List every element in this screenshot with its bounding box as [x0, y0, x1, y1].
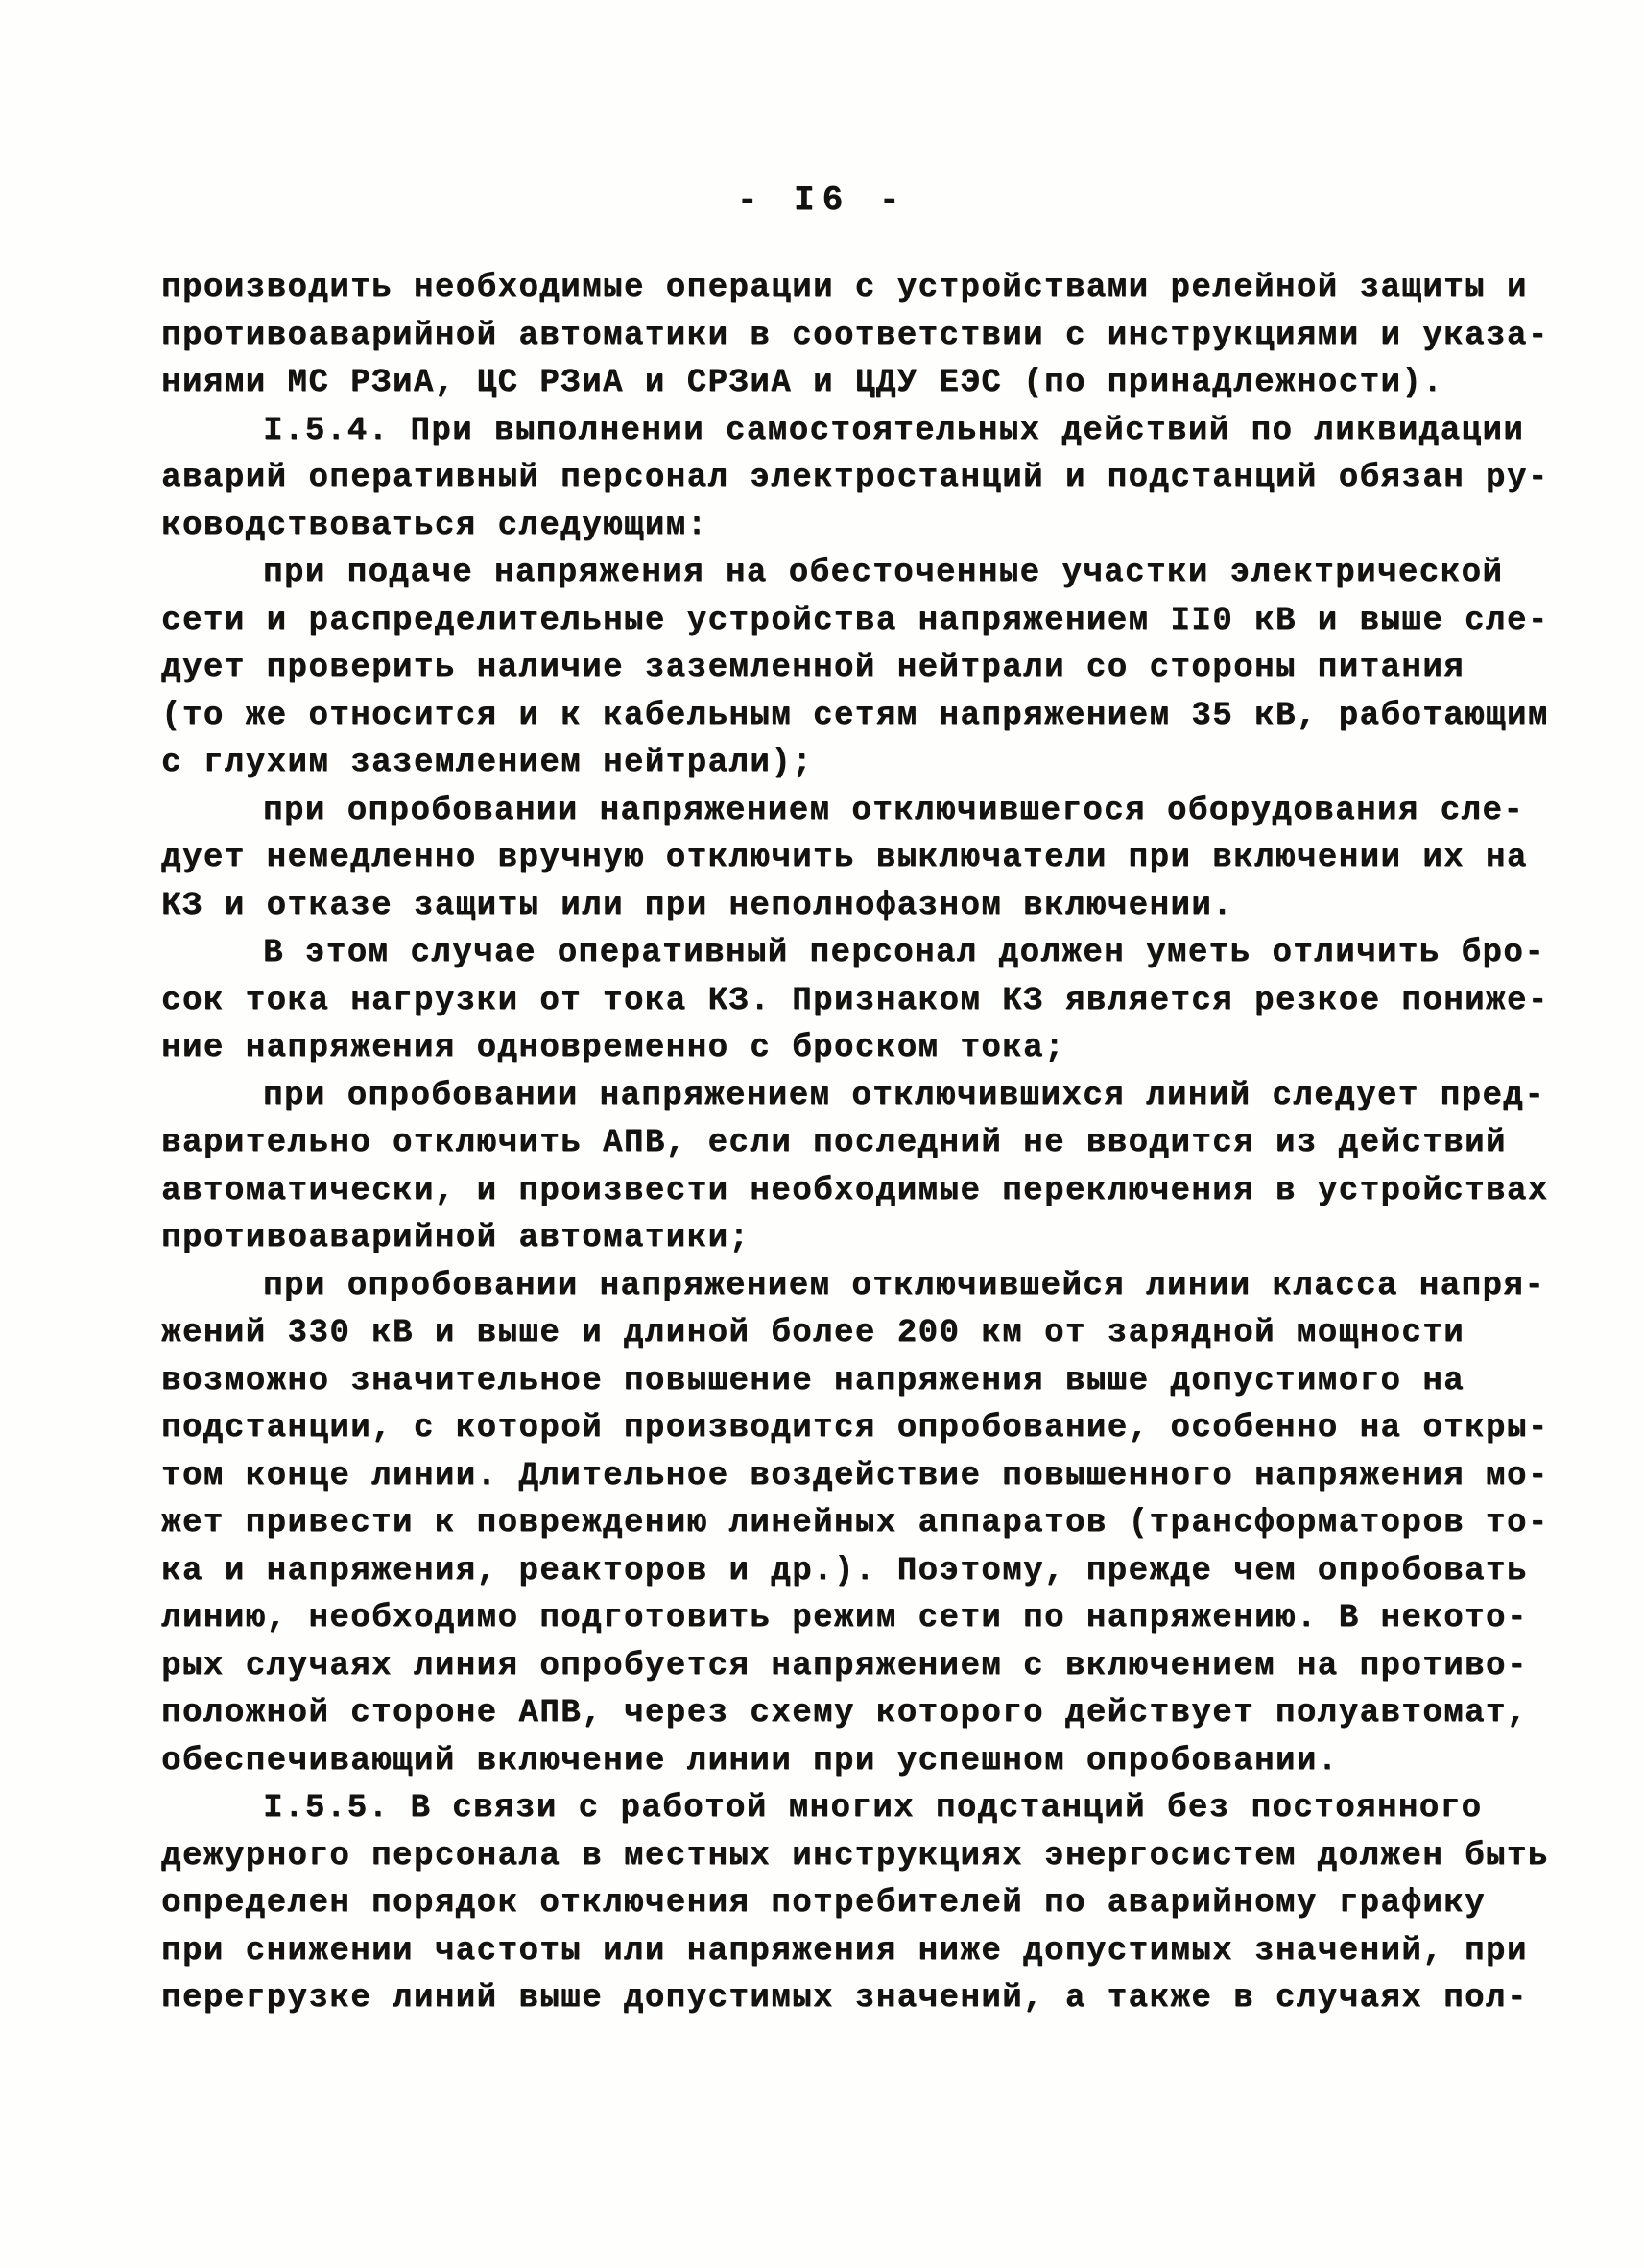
text-line: I.5.4. При выполнении самостоятельных де…	[161, 408, 1582, 456]
text-line: варительно отключить АПВ, если последний…	[161, 1120, 1582, 1168]
text-line: I.5.5. В связи с работой многих подстанц…	[161, 1785, 1582, 1833]
text-line: дует немедленно вручную отключить выключ…	[161, 835, 1582, 883]
text-line: жет привести к повреждению линейных аппа…	[161, 1500, 1582, 1548]
text-line: дует проверить наличие заземленной нейтр…	[161, 645, 1582, 693]
text-line: жений 330 кВ и выше и длиной более 200 к…	[161, 1310, 1582, 1358]
text-line: аварий оперативный персонал электростанц…	[161, 455, 1582, 503]
text-line: подстанции, с которой производится опроб…	[161, 1405, 1582, 1453]
text-line: ка и напряжения, реакторов и др.). Поэто…	[161, 1548, 1582, 1596]
text-line: при подаче напряжения на обесточенные уч…	[161, 550, 1582, 598]
text-line: ниями МС РЗиА, ЦС РЗиА и СРЗиА и ЦДУ ЕЭС…	[161, 360, 1582, 408]
text-line: обеспечивающий включение линии при успеш…	[161, 1738, 1582, 1786]
body-text: производить необходимые операции с устро…	[161, 265, 1582, 2023]
text-line: том конце линии. Длительное воздействие …	[161, 1453, 1582, 1501]
text-line: противоаварийной автоматики в соответств…	[161, 313, 1582, 361]
text-line: возможно значительное повышение напряжен…	[161, 1358, 1582, 1406]
text-line: автоматически, и произвести необходимые …	[161, 1168, 1582, 1216]
text-line: противоаварийной автоматики;	[161, 1215, 1582, 1263]
text-line: линию, необходимо подготовить режим сети…	[161, 1595, 1582, 1643]
text-line: сети и распределительные устройства напр…	[161, 598, 1582, 646]
page-number: - I6 -	[0, 180, 1644, 220]
text-line: В этом случае оперативный персонал долже…	[161, 930, 1582, 978]
text-line: определен порядок отключения потребителе…	[161, 1880, 1582, 1928]
text-line: КЗ и отказе защиты или при неполнофазном…	[161, 883, 1582, 931]
text-line: сок тока нагрузки от тока КЗ. Признаком …	[161, 978, 1582, 1026]
text-line: при опробовании напряжением отключившихс…	[161, 1073, 1582, 1121]
text-line: при снижении частоты или напряжения ниже…	[161, 1928, 1582, 1976]
text-line: перегрузке линий выше допустимых значени…	[161, 1975, 1582, 2023]
text-line: ние напряжения одновременно с броском то…	[161, 1025, 1582, 1073]
text-line: при опробовании напряжением отключившейс…	[161, 1263, 1582, 1311]
text-line: производить необходимые операции с устро…	[161, 265, 1582, 313]
text-line: положной стороне АПВ, через схему которо…	[161, 1690, 1582, 1738]
text-line: дежурного персонала в местных инструкция…	[161, 1833, 1582, 1881]
text-line: с глухим заземлением нейтрали);	[161, 740, 1582, 788]
text-line: рых случаях линия опробуется напряжением…	[161, 1643, 1582, 1691]
text-line: ководствоваться следующим:	[161, 503, 1582, 551]
document-page: - I6 - производить необходимые операции …	[0, 0, 1644, 2268]
text-line: при опробовании напряжением отключившего…	[161, 788, 1582, 836]
text-line: (то же относится и к кабельным сетям нап…	[161, 693, 1582, 741]
